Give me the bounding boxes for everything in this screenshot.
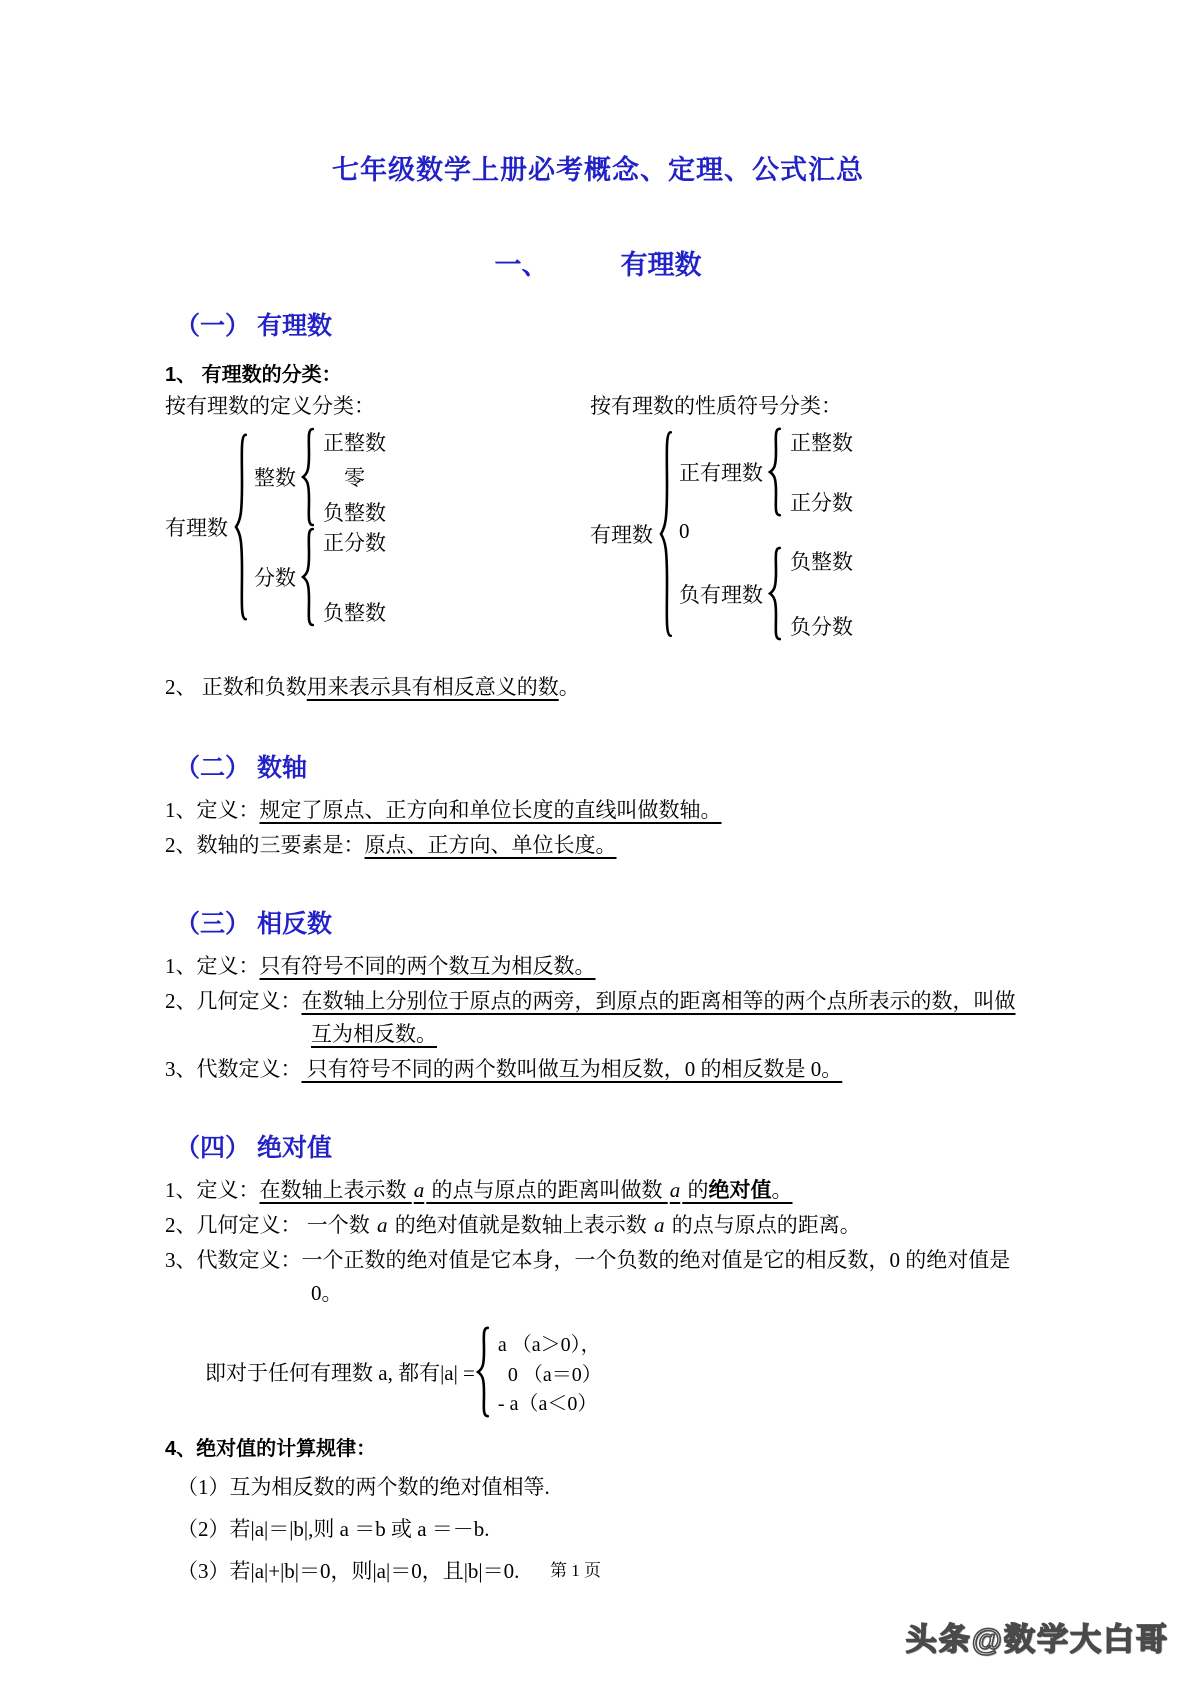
item-prefix: 1、定义： <box>165 954 260 978</box>
text-segment: 的点与原点的距离。 <box>667 1213 861 1237</box>
curly-brace-icon <box>767 546 782 641</box>
positives-negatives-note: 2、 正数和负数用来表示具有相反意义的数。 <box>165 671 1031 704</box>
item-underlined: 只有符号不同的两个数互为相反数。 <box>260 954 596 978</box>
tree-branches: 整数 正整数 零 负整数 分数 正分数 <box>248 427 386 627</box>
tree-item: 正分数 <box>323 527 386 557</box>
classification-trees: 按有理数的定义分类： 有理数 整数 正整数 零 负整数 <box>165 391 1031 641</box>
chapter-title: 有理数 <box>621 250 702 280</box>
formula-case: 0 （a＝0） <box>498 1358 602 1387</box>
sign-classification: 按有理数的性质符号分类： 有理数 正有理数 正整数 正分数 <box>590 391 1031 641</box>
axis-definition: 1、定义：规定了原点、正方向和单位长度的直线叫做数轴。 <box>165 794 1031 827</box>
text-segment: 2、几何定义： 一个数 <box>165 1213 375 1237</box>
note-underlined: 用来表示具有相反意义的数 <box>307 675 559 699</box>
curly-brace-icon <box>475 1326 490 1418</box>
opposite-algebraic-definition: 3、代数定义： 只有符号不同的两个数叫做互为相反数，0 的相反数是 0。 <box>165 1053 1031 1086</box>
tree-branches: 正有理数 正整数 正分数 0 负有理数 负整数 <box>673 427 853 641</box>
chapter-number: 一、 <box>495 250 549 280</box>
tree-root-label: 有理数 <box>590 519 658 549</box>
item-prefix: 2、数轴的三要素是： <box>165 833 365 857</box>
text-segment: 在数轴上表示数 <box>260 1178 412 1202</box>
tree-item-zero: 0 <box>679 519 853 544</box>
item-prefix: 3、代数定义： <box>165 1248 302 1272</box>
section-heading-rational-numbers: （一） 有理数 <box>175 306 1031 342</box>
abs-geometric-definition: 2、几何定义： 一个数 a 的绝对值就是数轴上表示数 a 的点与原点的距离。 <box>165 1209 1031 1242</box>
text-segment: 的点与原点的距离叫做数 <box>426 1178 668 1202</box>
variable-a: a <box>668 1178 683 1202</box>
abs-rule-2: （2）若|a|＝|b|,则 a ＝b 或 a ＝－b. <box>177 1514 1031 1545</box>
curly-brace-icon <box>658 428 673 640</box>
classification-heading: 1、 有理数的分类： <box>165 358 1031 387</box>
item-prefix: 3、代数定义： <box>165 1057 302 1081</box>
item-prefix: 1、定义： <box>165 798 260 822</box>
note-prefix: 2、 正数和负数 <box>165 675 307 699</box>
page-number: 第 1 页 <box>0 1556 1151 1581</box>
group-label: 整数 <box>254 462 300 492</box>
item-underlined: 规定了原点、正方向和单位长度的直线叫做数轴。 <box>260 798 722 822</box>
section-heading-absolute-value: （四） 绝对值 <box>175 1128 1031 1164</box>
formula-cases: a （a＞0）， 0 （a＝0） - a（a＜0） <box>490 1328 602 1416</box>
curly-brace-icon <box>300 427 315 527</box>
group-items: 负整数 负分数 <box>782 546 853 641</box>
item-underlined: 原点、正方向、单位长度。 <box>365 833 617 857</box>
group-items: 正分数 负整数 <box>315 527 386 627</box>
tree-item: 负整数 <box>323 497 386 527</box>
definition-tree-caption: 按有理数的定义分类： <box>165 391 590 421</box>
opposite-geometric-definition: 2、几何定义：在数轴上分别位于原点的两旁，到原点的距离相等的两个点所表示的数，叫… <box>165 985 1031 1051</box>
tree-item: 零 <box>344 462 365 492</box>
group-items: 正整数 正分数 <box>782 427 853 517</box>
formula-case: a （a＞0）， <box>498 1328 602 1357</box>
formula-lead: 即对于任何有理数 a, 都有|a| = <box>205 1357 475 1387</box>
text-segment: 。 <box>772 1178 793 1202</box>
sign-tree-caption: 按有理数的性质符号分类： <box>590 391 1031 421</box>
item-underlined: 在数轴上表示数 a 的点与原点的距离叫做数 a 的绝对值。 <box>260 1178 793 1202</box>
document-page: 七年级数学上册必考概念、定理、公式汇总 一、有理数 （一） 有理数 1、 有理数… <box>0 0 1191 1684</box>
tree-item: 负分数 <box>790 611 853 641</box>
tree-item: 正整数 <box>323 427 386 457</box>
tree-group-integers: 整数 正整数 零 负整数 <box>254 427 386 527</box>
tree-group-fractions: 分数 正分数 负整数 <box>254 527 386 627</box>
variable-a: a <box>375 1213 390 1237</box>
watermark: 头条@数学大白哥 <box>906 1614 1169 1659</box>
text-segment: 的绝对值就是数轴上表示数 <box>390 1213 653 1237</box>
axis-three-elements: 2、数轴的三要素是：原点、正方向、单位长度。 <box>165 829 1031 862</box>
item-underlined: 在数轴上分别位于原点的两旁，到原点的距离相等的两个点所表示的数，叫做互为相反数。 <box>302 989 1016 1046</box>
formula-case: - a（a＜0） <box>498 1387 602 1416</box>
group-label: 正有理数 <box>679 457 767 487</box>
item-prefix: 2、几何定义： <box>165 989 302 1013</box>
definition-tree: 有理数 整数 正整数 零 负整数 分 <box>165 427 590 627</box>
tree-group-negative-rationals: 负有理数 负整数 负分数 <box>679 546 853 641</box>
bold-term: 绝对值 <box>709 1178 772 1202</box>
tree-item: 负整数 <box>323 597 386 627</box>
group-items: 正整数 零 负整数 <box>315 427 386 527</box>
group-label: 分数 <box>254 562 300 592</box>
tree-root-label: 有理数 <box>165 512 233 542</box>
abs-rules-heading: 4、绝对值的计算规律： <box>165 1432 1031 1461</box>
note-suffix: 。 <box>559 675 580 699</box>
page-title: 七年级数学上册必考概念、定理、公式汇总 <box>165 148 1031 187</box>
abs-definition: 1、定义：在数轴上表示数 a 的点与原点的距离叫做数 a 的绝对值。 <box>165 1174 1031 1207</box>
item-text: 一个正数的绝对值是它本身，一个负数的绝对值是它的相反数，0 的绝对值是 0。 <box>302 1248 1011 1305</box>
curly-brace-icon <box>767 427 782 517</box>
tree-item: 正分数 <box>790 487 853 517</box>
group-label: 负有理数 <box>679 579 767 609</box>
document-content: 七年级数学上册必考概念、定理、公式汇总 一、有理数 （一） 有理数 1、 有理数… <box>0 148 1191 1587</box>
item-underlined: 只有符号不同的两个数叫做互为相反数，0 的相反数是 0。 <box>302 1057 843 1081</box>
item-prefix: 1、定义： <box>165 1178 260 1202</box>
absolute-value-formula: 即对于任何有理数 a, 都有|a| = a （a＞0）， 0 （a＝0） - a… <box>205 1326 1031 1418</box>
curly-brace-icon <box>233 431 248 623</box>
tree-group-positive-rationals: 正有理数 正整数 正分数 <box>679 427 853 517</box>
tree-item: 负整数 <box>790 546 853 576</box>
section-heading-number-axis: （二） 数轴 <box>175 748 1031 784</box>
curly-brace-icon <box>300 527 315 627</box>
variable-a: a <box>412 1178 427 1202</box>
definition-classification: 按有理数的定义分类： 有理数 整数 正整数 零 负整数 <box>165 391 590 641</box>
text-segment: 的 <box>682 1178 708 1202</box>
section-heading-opposite-numbers: （三） 相反数 <box>175 904 1031 940</box>
abs-algebraic-definition: 3、代数定义：一个正数的绝对值是它本身，一个负数的绝对值是它的相反数，0 的绝对… <box>165 1244 1031 1310</box>
opposite-definition: 1、定义：只有符号不同的两个数互为相反数。 <box>165 950 1031 983</box>
chapter-heading: 一、有理数 <box>165 243 1031 282</box>
variable-a: a <box>652 1213 667 1237</box>
abs-rule-1: （1）互为相反数的两个数的绝对值相等. <box>177 1472 1031 1503</box>
sign-tree: 有理数 正有理数 正整数 正分数 0 负有理 <box>590 427 1031 641</box>
tree-item: 正整数 <box>790 427 853 457</box>
